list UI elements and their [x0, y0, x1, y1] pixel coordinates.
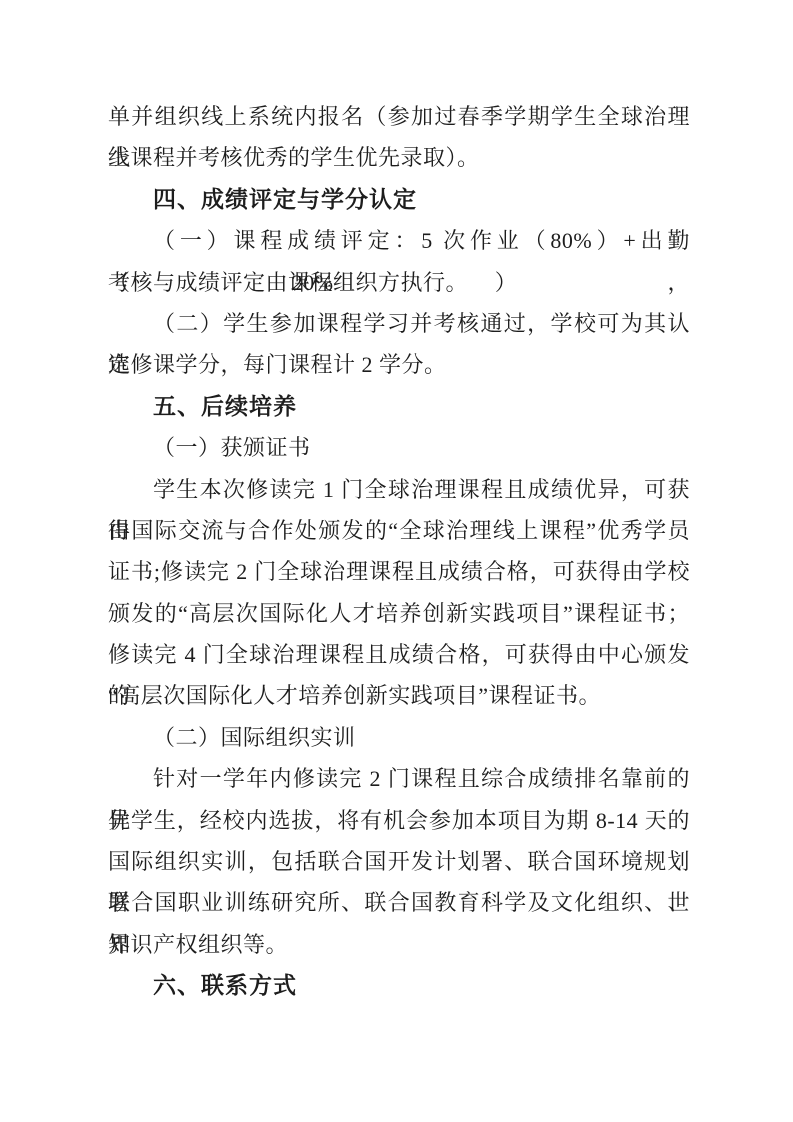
section-heading-grading-credits: 四、成绩评定与学分认定	[108, 179, 690, 220]
section-heading-follow-up: 五、后续培养	[108, 386, 690, 427]
section-heading-contact: 六、联系方式	[108, 965, 690, 1006]
doc-line: “高层次国际化人才培养创新实践项目”课程证书。	[108, 675, 690, 716]
doc-line: （一）课程成绩评定：5 次作业（80%）+出勤（20%），	[108, 220, 690, 261]
subsection-heading-intl-training: （二）国际组织实训	[108, 717, 690, 758]
doc-line: 修读完 4 门全球治理课程且成绩合格，可获得由中心颁发的	[108, 634, 690, 675]
doc-line: 由国际交流与合作处颁发的“全球治理线上课程”优秀学员	[108, 510, 690, 551]
document-page: 单并组织线上系统内报名（参加过春季学期学生全球治理线 上课程并考核优秀的学生优先…	[0, 0, 793, 1122]
doc-line: 选修课学分，每门课程计 2 学分。	[108, 344, 690, 385]
doc-line: 异学生，经校内选拔，将有机会参加本项目为期 8-14 天的	[108, 800, 690, 841]
document-content: 单并组织线上系统内报名（参加过春季学期学生全球治理线 上课程并考核优秀的学生优先…	[108, 96, 690, 1007]
doc-line: 学生本次修读完 1 门全球治理课程且成绩优异，可获得	[108, 469, 690, 510]
subsection-heading-certificates: （一）获颁证书	[108, 427, 690, 468]
doc-line: 颁发的“高层次国际化人才培养创新实践项目”课程证书；	[108, 593, 690, 634]
doc-line: （二）学生参加课程学习并考核通过，学校可为其认定	[108, 303, 690, 344]
doc-line: 国际组织实训，包括联合国开发计划署、联合国环境规划署、	[108, 841, 690, 882]
doc-line: 联合国职业训练研究所、联合国教育科学及文化组织、世界	[108, 882, 690, 923]
doc-line-continuation: 单并组织线上系统内报名（参加过春季学期学生全球治理线	[108, 96, 690, 137]
doc-line: 知识产权组织等。	[108, 924, 690, 965]
doc-line: 上课程并考核优秀的学生优先录取）。	[108, 137, 690, 178]
doc-line: 证书;修读完 2 门全球治理课程且成绩合格，可获得由学校	[108, 551, 690, 592]
doc-line: 针对一学年内修读完 2 门课程且综合成绩排名靠前的优	[108, 758, 690, 799]
